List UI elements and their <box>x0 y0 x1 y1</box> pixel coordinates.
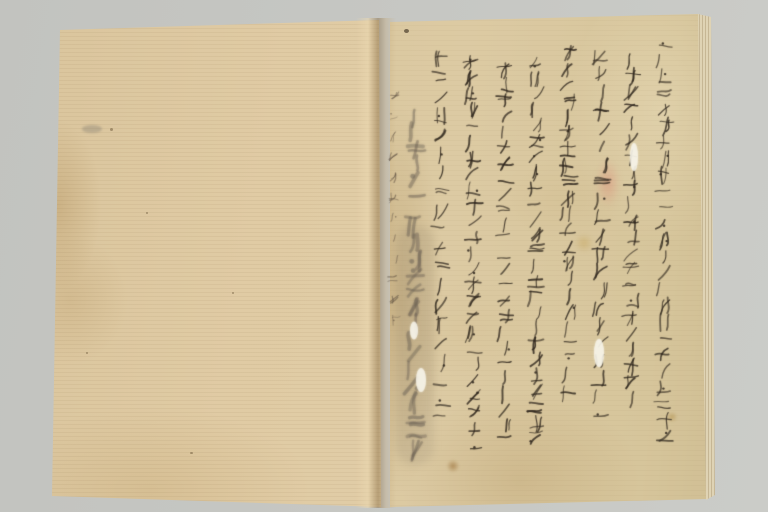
manuscript-ink-canvas <box>0 0 768 512</box>
manuscript-photo-scene: 歌ノ巡ヲ立ん座ニ同シウタ並ハヌヲヨシトスレド非ワザ ト同ジヤウ成ウタヲ並テ出シテ… <box>0 0 768 512</box>
